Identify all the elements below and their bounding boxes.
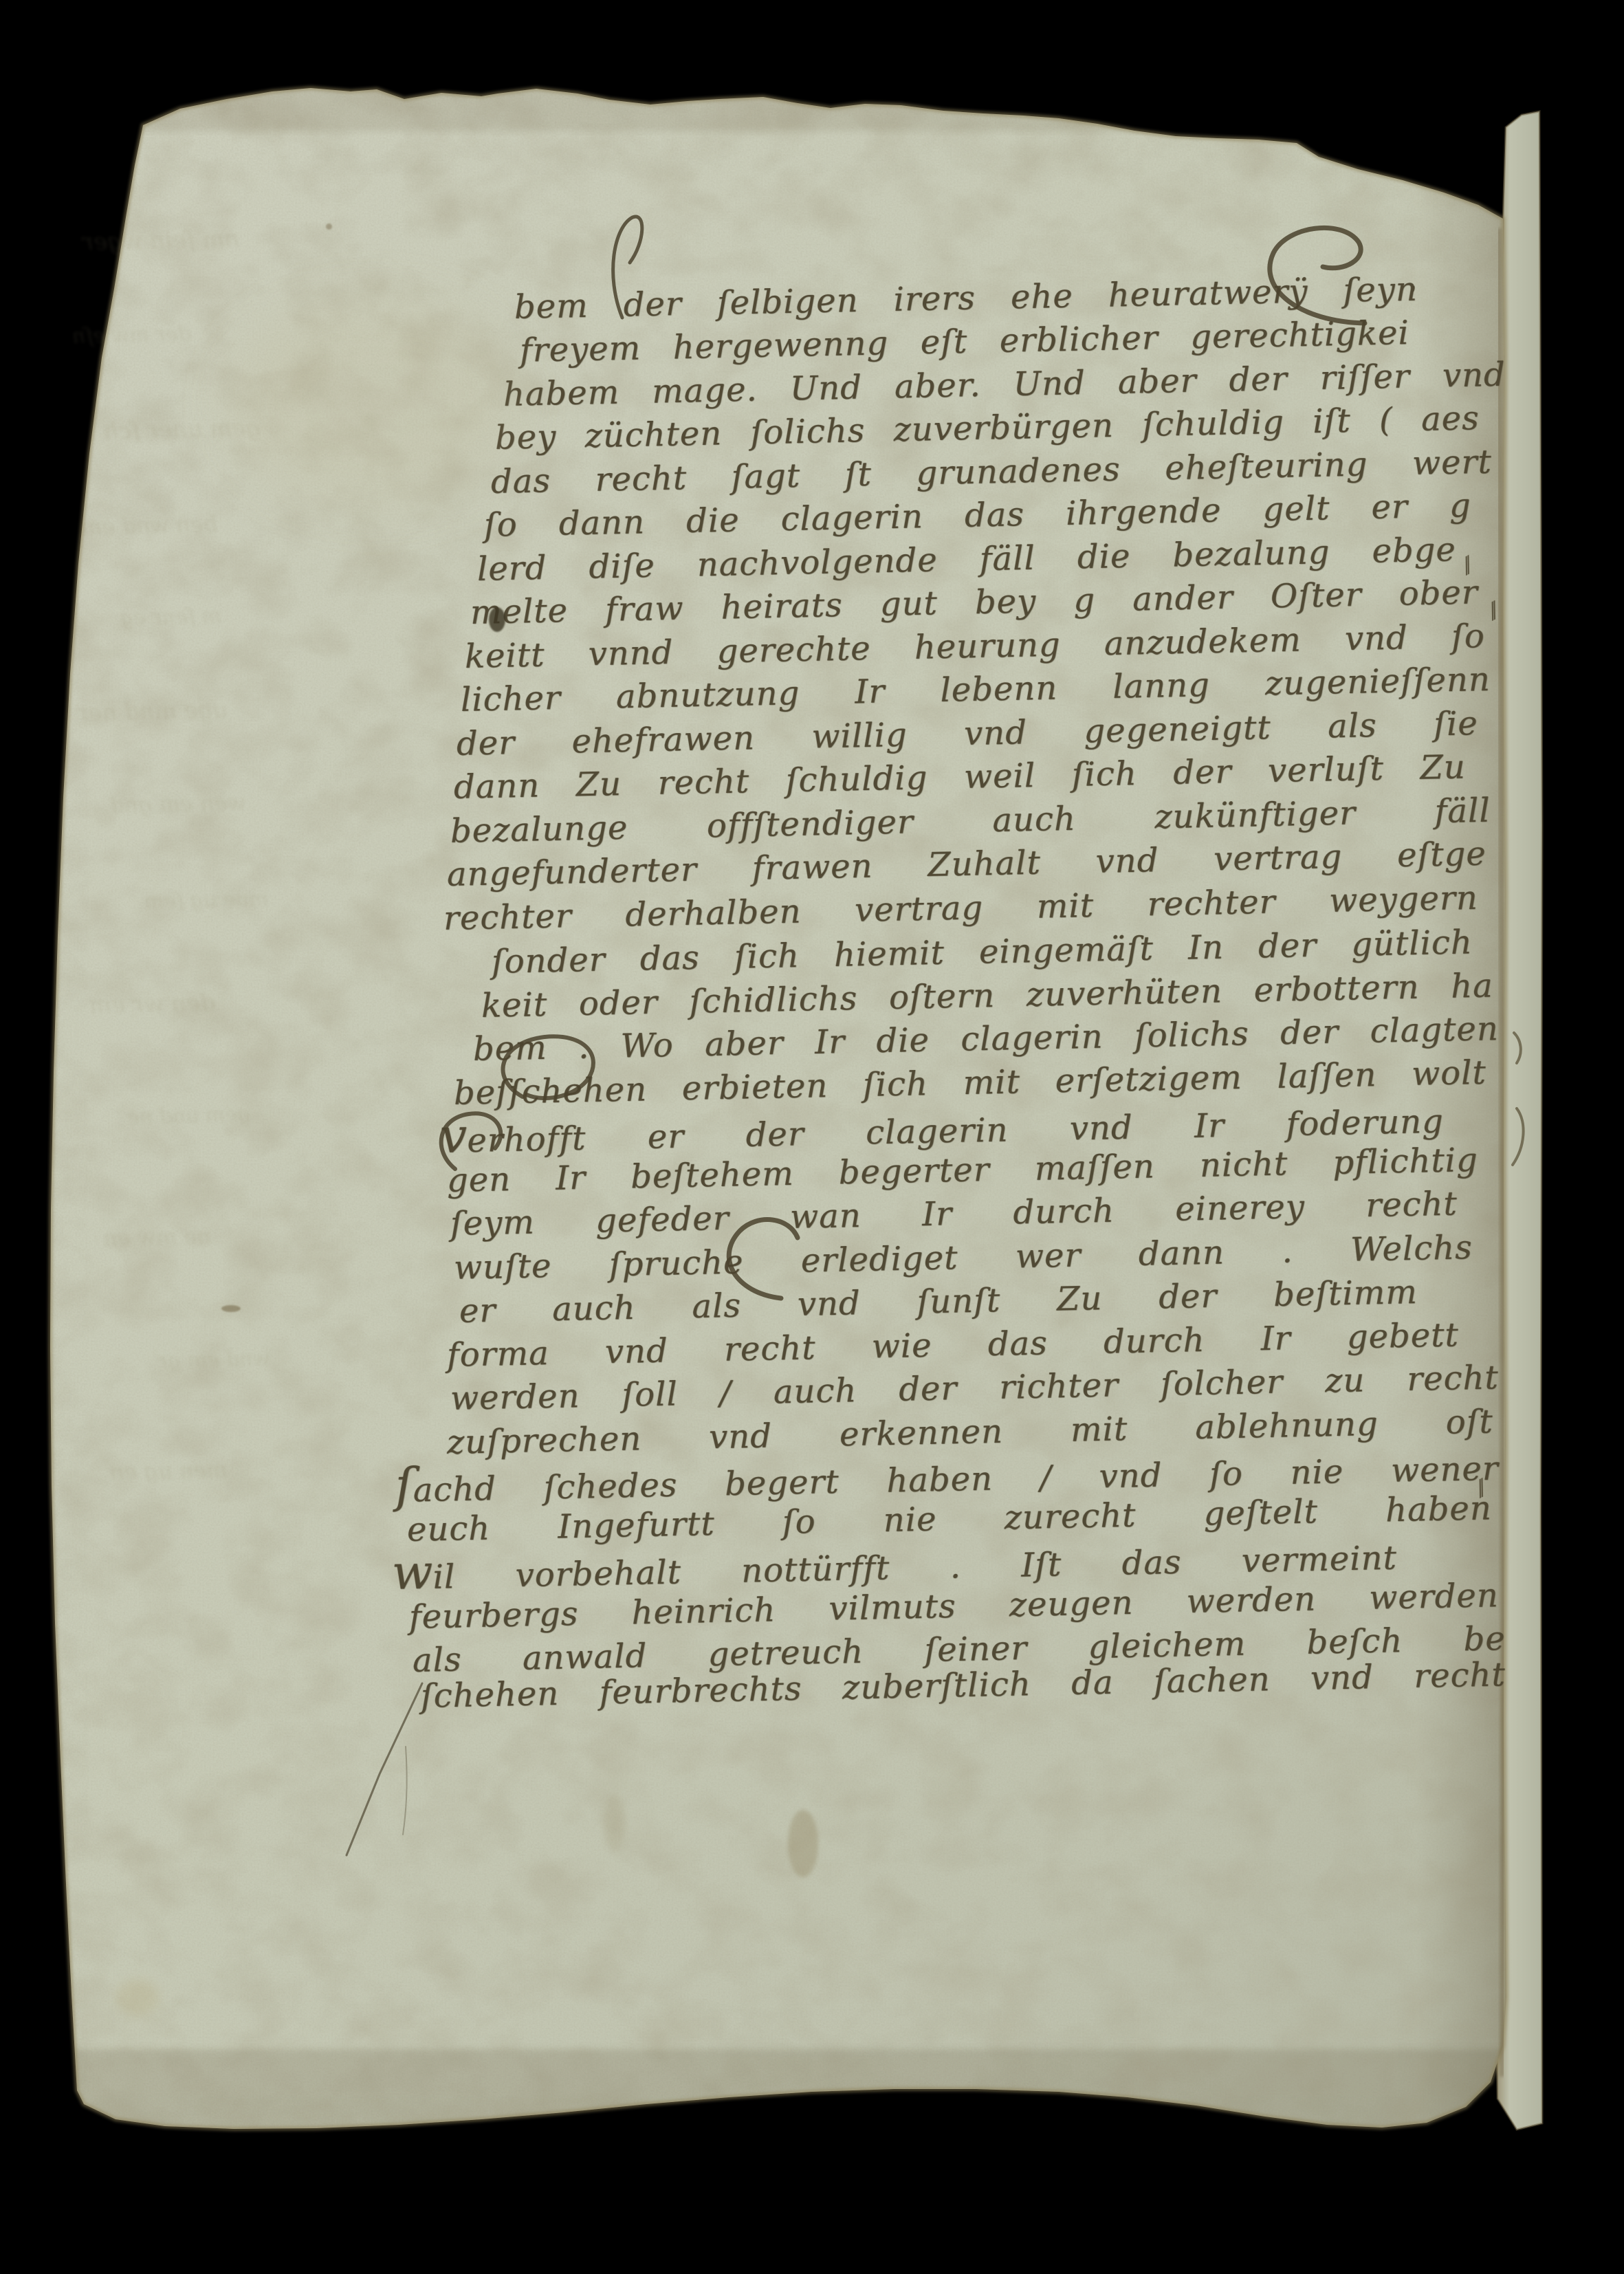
page-texture [0, 0, 1624, 2274]
scan-background: nm ſein wgerder mw eſngem uner ſchben wn… [0, 0, 1624, 2274]
paper-svg [0, 0, 1624, 2274]
